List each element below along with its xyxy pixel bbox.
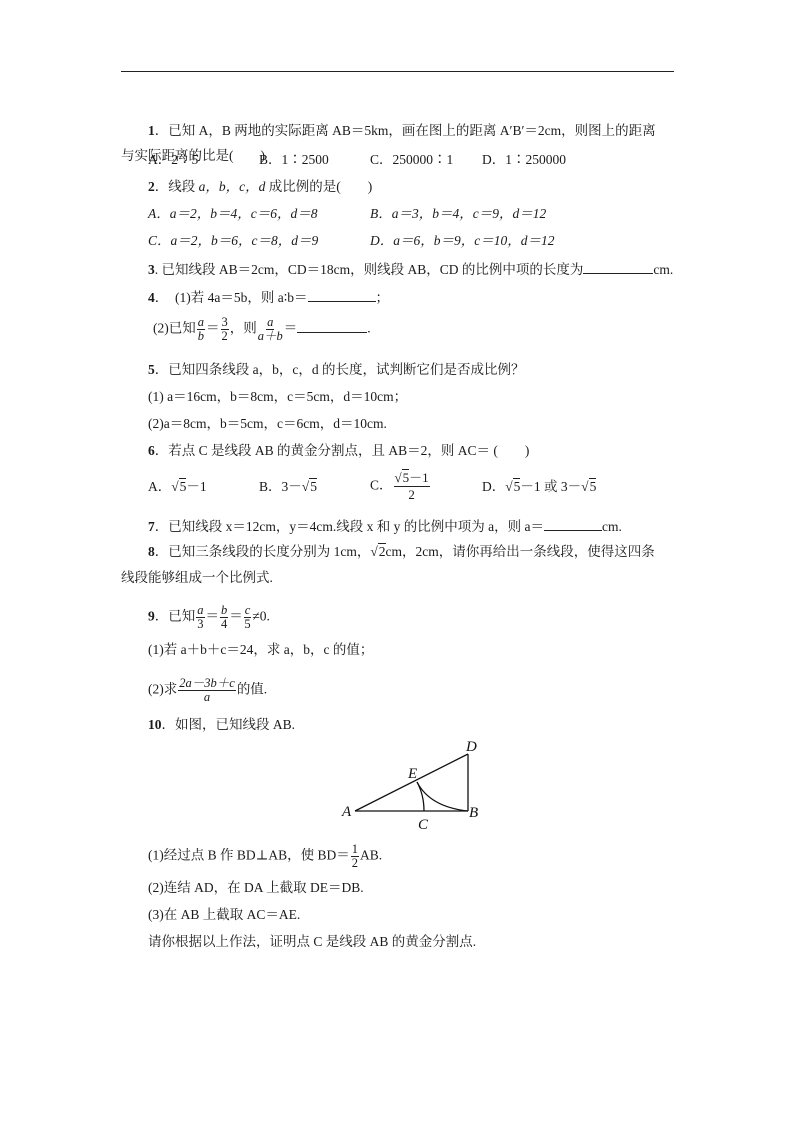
q2-option-b: B．a＝3，b＝4，c＝9，d＝12 (370, 205, 546, 223)
q6-option-c: C．√5－12 (370, 470, 431, 503)
q4-part1: 4． (1)若 4a＝5b，则 a∶b＝； (148, 287, 389, 307)
q7-line: 7．已知线段 x＝12cm，y＝4cm.线段 x 和 y 的比例中项为 a，则 … (148, 516, 622, 536)
q5-stem: 5．已知四条线段 a，b，c，d 的长度，试判断它们是否成比例？ (148, 361, 524, 379)
fraction: b4 (220, 604, 228, 631)
q5-part2: (2)a＝8cm，b＝5cm，c＝6cm，d＝10cm. (148, 415, 387, 433)
q1-line1: 1．已知 A，B 两地的实际距离 AB＝5km，画在图上的距离 A′B′＝2cm… (148, 122, 656, 140)
label-d: D (465, 739, 477, 755)
fraction: 12 (351, 843, 359, 870)
fraction: 2a－3b＋ca (178, 677, 236, 704)
q2-option-d: D．a＝6，b＝9，c＝10，d＝12 (370, 232, 555, 250)
q2-stem: 2．线段 a，b，c，d 成比例的是( ) (148, 178, 372, 196)
q8-line1: 8．已知三条线段的长度分别为 1cm，√2cm，2cm，请你再给出一条线段，使得… (148, 543, 655, 561)
fraction: ab (197, 316, 205, 343)
geometry-figure: A B C D E (330, 735, 490, 835)
segment-ad (355, 754, 468, 811)
q10-step3: (3)在 AB 上截取 AC＝AE. (148, 906, 300, 924)
fraction: aa＋b (258, 316, 283, 343)
q6-option-d: D．√5－1 或 3－√5 (482, 478, 596, 496)
label-b: B (469, 805, 478, 821)
label-a: A (341, 804, 352, 820)
label-e: E (407, 766, 417, 782)
q3-line: 3. 已知线段 AB＝2cm，CD＝18cm，则线段 AB，CD 的比例中项的长… (148, 259, 673, 279)
q7-answer-blank[interactable] (544, 516, 602, 531)
q9-part2: (2)求2a－3b＋ca的值. (148, 677, 267, 704)
q10-step2: (2)连结 AD，在 DA 上截取 DE＝DB. (148, 879, 364, 897)
arc-eb (417, 782, 468, 811)
q1-option-b: B．1∶2500 (259, 151, 329, 169)
q9-part1: (1)若 a＋b＋c＝24，求 a，b，c 的值； (148, 641, 373, 659)
q6-stem: 6．若点 C 是线段 AB 的黄金分割点，且 AB＝2，则 AC＝ ( ) (148, 442, 529, 460)
header-rule (121, 71, 674, 72)
q2-option-c: C．a＝2，b＝6，c＝8，d＝9 (148, 232, 318, 250)
q1-option-c: C．250000∶1 (370, 151, 453, 169)
fraction: a3 (196, 604, 204, 631)
q9-stem: 9．已知a3＝b4＝c5≠0. (148, 604, 270, 631)
q10-step1: (1)经过点 B 作 BD⊥AB，使 BD＝12AB. (148, 843, 382, 870)
q4-part1-answer-blank[interactable] (308, 287, 376, 302)
q2-option-a: A．a＝2，b＝4，c＝6，d＝8 (148, 205, 318, 223)
q1-option-d: D．1∶250000 (482, 151, 566, 169)
fraction: c5 (244, 604, 252, 631)
q8-line2: 线段能够组成一个比例式. (121, 569, 273, 587)
q10-stem: 10．如图，已知线段 AB. (148, 716, 295, 734)
fraction: √5－12 (394, 470, 430, 503)
label-c: C (418, 817, 429, 833)
q5-part1: (1) a＝16cm，b＝8cm，c＝5cm，d＝10cm； (148, 388, 407, 406)
q4-part2-answer-blank[interactable] (297, 318, 367, 333)
q6-option-a: A．√5－1 (148, 478, 207, 496)
q6-option-b: B．3－√5 (259, 478, 317, 496)
arc-ec (417, 782, 424, 811)
q3-answer-blank[interactable] (583, 259, 653, 274)
q4-part2: (2)已知ab＝32，则aa＋b＝. (153, 316, 371, 343)
q10-prove: 请你根据以上作法，证明点 C 是线段 AB 的黄金分割点. (148, 933, 476, 951)
q1-option-a: A．2∶5 (148, 151, 198, 169)
fraction: 32 (221, 316, 229, 343)
